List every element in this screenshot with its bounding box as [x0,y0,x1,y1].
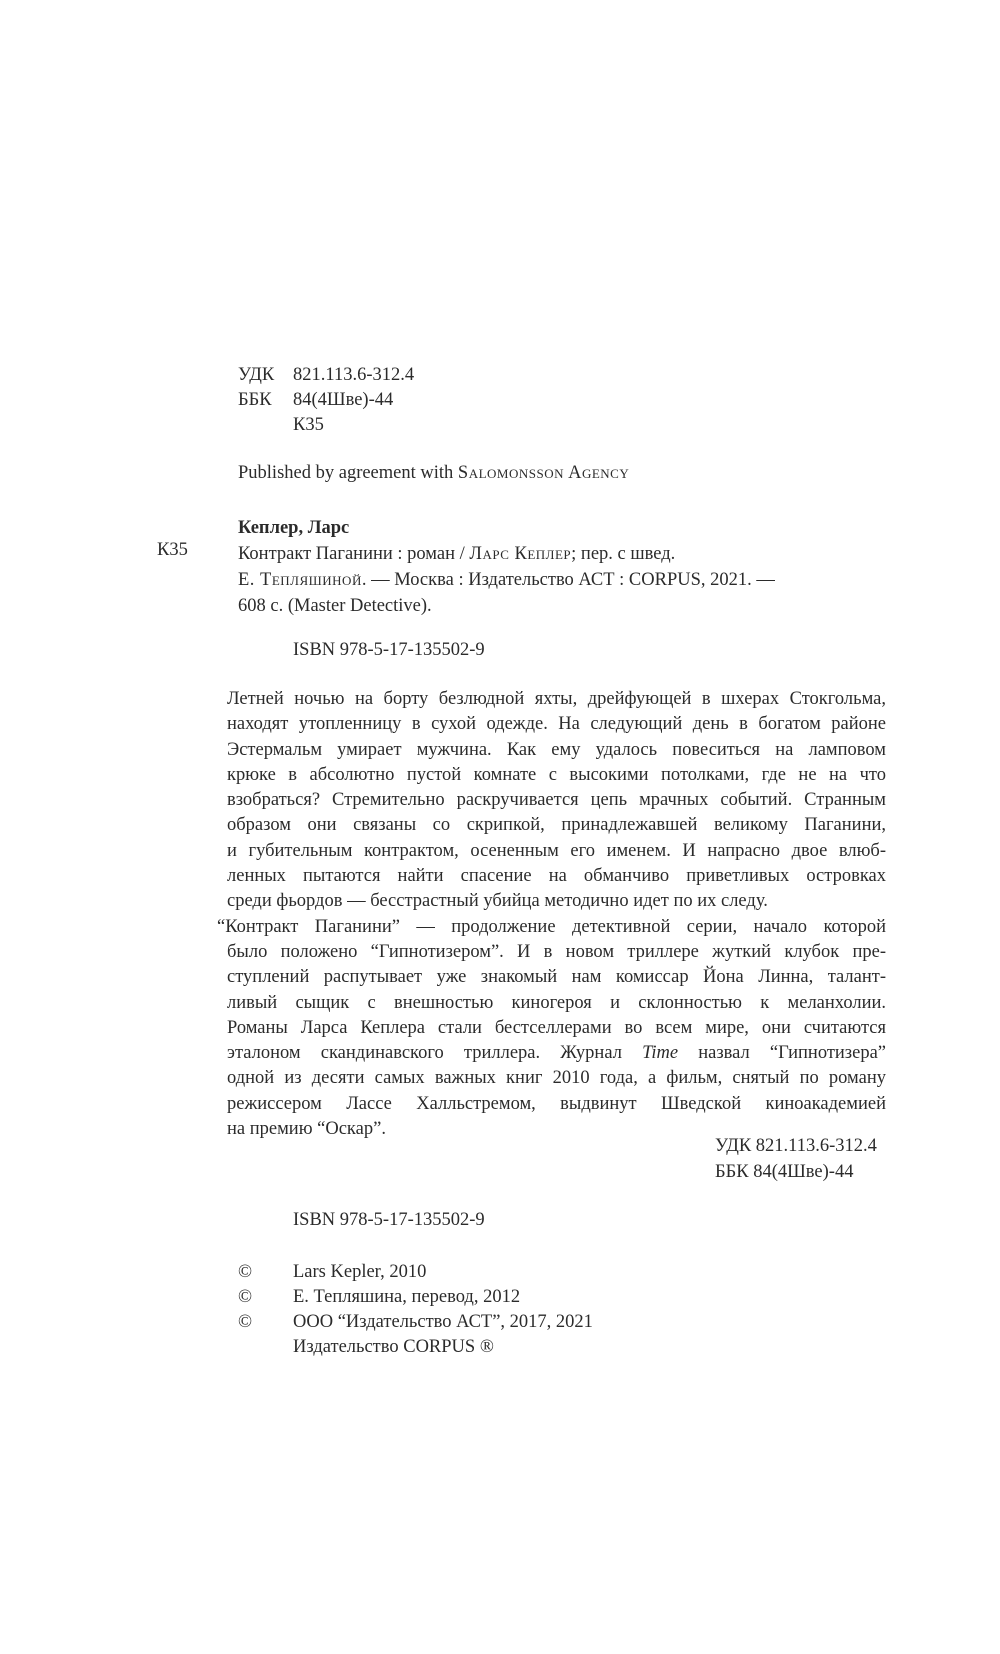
annotation-line: взобраться? Стремительно раскручивается … [227,788,886,813]
copyright-row: Издательство CORPUS ® [238,1335,593,1360]
isbn-bottom: ISBN 978-5-17-135502-9 [293,1210,485,1231]
catalog-line-2: Е. Тепляшиной. — Москва : Издательство А… [238,567,775,593]
bbk-bottom: ББК 84(4Шве)-44 [715,1159,877,1185]
classification-block-bottom: УДК 821.113.6-312.4 ББК 84(4Шве)-44 [715,1133,877,1185]
udk-label: УДК [238,363,293,388]
copyright-icon: © [238,1310,293,1335]
annotation-line: Романы Ларса Кеплера стали бестселлерами… [227,1016,886,1041]
isbn-top: ISBN 978-5-17-135502-9 [293,640,485,661]
annotation-line: одной из десяти самых важных книг 2010 г… [227,1066,886,1091]
udk-row: УДК 821.113.6-312.4 [238,363,414,388]
annotation-line: крюке в абсолютно пустой комнате с высок… [227,763,886,788]
annotation-line: режиссером Лассе Халльстремом, выдвинут … [227,1092,886,1117]
annotation-line: и губительным контрактом, осененным его … [227,839,886,864]
copyright-row: © Е. Тепляшина, перевод, 2012 [238,1285,593,1310]
catalog-line-3: 608 с. (Master Detective). [238,593,775,619]
annotation-line: ступлений распутывает уже знакомый нам к… [227,965,886,990]
publishing-agreement: Published by agreement with Salomonsson … [238,463,629,484]
agency-name: Salomonsson Agency [458,463,629,483]
catalog-line-1: Контракт Паганини : роман / Ларс Кеплер;… [238,541,775,567]
copyright-icon: © [238,1260,293,1285]
annotation-line: Летней ночью на борту безлюдной яхты, др… [227,687,886,712]
copyright-row: © Lars Kepler, 2010 [238,1260,593,1285]
copyright-block: © Lars Kepler, 2010 © Е. Тепляшина, пере… [238,1260,593,1360]
udk-bottom: УДК 821.113.6-312.4 [715,1133,877,1159]
annotation-line: образом они связаны со скрипкой, принадл… [227,813,886,838]
bbk-label: ББК [238,388,293,413]
catalog-card: Кеплер, Ларс Контракт Паганини : роман /… [238,515,775,619]
catalog-author: Ларс Кеплер [469,544,571,564]
udk-value: 821.113.6-312.4 [293,363,414,388]
catalog-heading: Кеплер, Ларс [238,515,775,541]
magazine-title: Time [642,1043,678,1063]
agreement-prefix: Published by agreement with [238,463,458,483]
author-mark: К35 [293,413,324,438]
catalog-margin-mark: К35 [157,540,188,561]
bbk-row: ББК 84(4Шве)-44 [238,388,414,413]
annotation-line: “Контракт Паганини” — продолжение детект… [217,915,886,940]
annotation-line: среди фьордов — бесстрастный убийца мето… [227,889,886,914]
annotation: Летней ночью на борту безлюдной яхты, др… [227,687,886,1142]
catalog-translator: Е. Тепляшиной [238,570,362,590]
annotation-line: ливый сыщик с внешностью киногероя и скл… [227,991,886,1016]
annotation-line: было положено “Гипнотизером”. И в новом … [227,940,886,965]
classification-block-top: УДК 821.113.6-312.4 ББК 84(4Шве)-44 К35 [238,363,414,438]
annotation-line: Эстермальм умирает мужчина. Как ему удал… [227,738,886,763]
copyright-icon: © [238,1285,293,1310]
author-mark-row: К35 [238,413,414,438]
annotation-line: ленных пытаются найти спасение на обманч… [227,864,886,889]
bbk-value: 84(4Шве)-44 [293,388,393,413]
copyright-row: © ООО “Издательство АСТ”, 2017, 2021 [238,1310,593,1335]
annotation-line-time: эталоном скандинавского триллера. Журнал… [227,1041,886,1066]
annotation-line: находят утопленницу в сухой одежде. На с… [227,712,886,737]
